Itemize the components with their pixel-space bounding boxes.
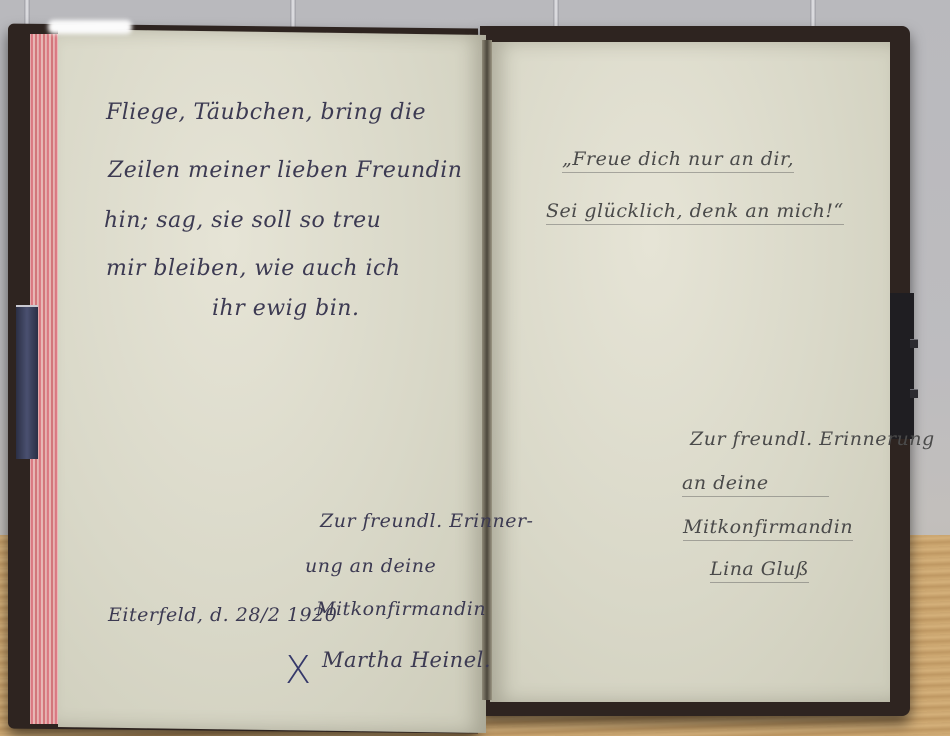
dedication-line: Zur freundl. Erinner-	[320, 510, 533, 532]
right-page	[490, 42, 890, 702]
poem-line: Zeilen meiner lieben Freundin	[108, 158, 462, 183]
poem-line: ihr ewig bin.	[212, 296, 359, 321]
signature: Lina Gluß	[710, 558, 809, 583]
dedication-line: ung an deine	[305, 555, 436, 577]
dedication-line: Mitkonfirmandin	[683, 516, 853, 541]
motto-line: Sei glücklich, denk an mich!“	[546, 200, 844, 225]
clasp-tooth	[910, 339, 918, 348]
dedication-line: Mitkonfirmandin	[316, 598, 486, 620]
poem-line: Fliege, Täubchen, bring die	[106, 100, 426, 125]
light-glare	[48, 20, 132, 34]
left-page	[58, 29, 486, 733]
right-clasp	[890, 293, 914, 439]
motto-line: „Freue dich nur an dir,	[562, 148, 794, 173]
place-date: Eiterfeld, d. 28/2 1920	[108, 604, 337, 626]
dedication-line: Zur freundl. Erinnerung	[690, 428, 935, 450]
dedication-line: an deine	[682, 472, 829, 497]
clasp-tooth	[910, 389, 918, 398]
poem-line: hin; sag, sie soll so treu	[104, 208, 381, 233]
signature: Martha Heinel.	[322, 648, 491, 672]
poem-line: mir bleiben, wie auch ich	[106, 256, 401, 281]
left-clasp	[16, 305, 38, 459]
x-mark: X	[285, 648, 311, 692]
